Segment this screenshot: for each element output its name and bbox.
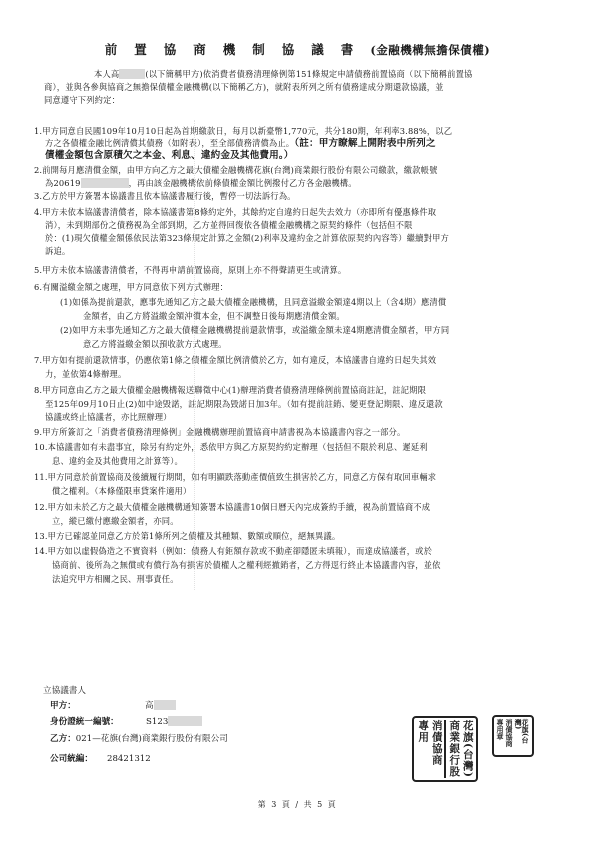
company-no-value: 28421312: [107, 754, 151, 764]
clause-number: 13.: [34, 531, 48, 541]
intro-line-3: 同意遵守下列約定：: [44, 94, 120, 106]
id-value-row: S123: [146, 716, 202, 728]
clause-note-bold: （註：甲方瞭解上開附表中所列之: [294, 138, 435, 149]
clause-9: 9.甲方所簽訂之「消費者債務清理條例」金融機構辦理前置協商申請書視為本協議書內容…: [34, 426, 405, 438]
clause-1-line-2: 方之各債權金融比例清償其債務（如附表），至全部債務清償為止。（註：甲方瞭解上開附…: [45, 137, 436, 150]
intro-text: 本人高: [94, 69, 119, 79]
party-b-value: 021—花旗(台灣)商業銀行股份有限公司: [76, 734, 228, 744]
clause-2-line-2: 為20619，再由該金融機構依前條債權金額比例撥付乙方各金融機構。: [45, 177, 357, 189]
clause-10: 10.本協議書如有未盡事宜，除另有約定外，悉依甲方與乙方原契約約定辦理（包括但不…: [34, 441, 428, 453]
clause-number: 14.: [34, 546, 48, 556]
clause-12-line-2: 立，縱已繳付應繳金額者，亦同。: [52, 515, 179, 527]
bank-seal-small: 花旗(台灣) 消債協商 專用章: [492, 715, 534, 757]
party-a-name: 高: [145, 701, 154, 711]
clause-12: 12.甲方如未於乙方之最大債權金融機構通知簽署本協議書10個日曆天內完成簽約手續…: [34, 501, 430, 513]
sub-number: (2): [60, 325, 72, 335]
seal-text: 商業銀行股: [448, 720, 459, 778]
page-number: 第 3 頁 / 共 5 頁: [0, 799, 595, 810]
seal-text: 花旗(台灣): [462, 720, 473, 778]
clause-number: 8.: [34, 385, 42, 395]
clause-number: 9.: [34, 427, 42, 437]
clause-4-line-2: 消），未到期部份之債務視為全部到期，乙方並得回復依各債權金融機構之原契約條件（包…: [45, 219, 413, 231]
clause-number: 6.: [34, 282, 42, 292]
clause-number: 3.: [34, 191, 42, 201]
clause-8-line-3: 協議或終止協議者，亦比照辦理）: [45, 411, 172, 423]
intro-line-1: 本人高(以下簡稱甲方)依消費者債務清理條例第151條規定申請債務前置協商（以下簡…: [94, 68, 473, 80]
party-a-label: 甲方：: [50, 701, 76, 711]
company-no-row: 公司統編：28421312: [50, 753, 151, 765]
clause-14-line-3: 法追究甲方相關之民、刑事責任。: [52, 573, 179, 585]
redacted-account: [81, 178, 129, 188]
clause-3: 3.乙方於甲方簽署本協議書且依本協議書履行後，暫停一切法訴行為。: [34, 190, 296, 202]
clause-text: ，再由該金融機構依前條債權金額比例撥付乙方各金融機構。: [129, 178, 357, 188]
clause-text: 本協議書如有未盡事宜，除另有約定外，悉依甲方與乙方原契約約定辦理（包括但不限於利…: [48, 442, 428, 452]
clause-6-sub-2: (2)如甲方未事先通知乙方之最大債權金融機構提前還款情事，或溢繳金額未達4期應清…: [60, 324, 449, 336]
clause-number: 5.: [34, 265, 42, 275]
title-sub: (金融機構無擔保債權): [370, 43, 490, 57]
seal-text: 專用: [417, 720, 428, 778]
clause-number: 10.: [34, 442, 48, 452]
clause-number: 12.: [34, 502, 48, 512]
intro-line-2: 商），並與各參與協商之無擔保債權金融機構(以下簡稱乙方)，就附表所列之所有債務達…: [44, 81, 444, 93]
clause-text: 甲方如未於乙方之最大債權金融機構通知簽署本協議書10個日曆天內完成簽約手續，視為…: [48, 502, 431, 512]
signatories-heading: 立協議書人: [43, 685, 86, 697]
clause-text: 前開每月應清償金額，由甲方向乙方之最大債權金融機構花旗(台灣)商業銀行股份有限公…: [42, 165, 437, 175]
clause-1-line-3: 債權金額包含原積欠之本金、利息、違約金及其他費用。）: [45, 150, 294, 162]
clause-4-line-3: 於：(1)現欠債權金額係依民法第323條規定計算之金額(2)利率及違約金之計算依…: [45, 232, 449, 244]
party-b-label: 乙方：: [50, 734, 76, 744]
redacted-id: [168, 716, 202, 726]
clause-10-line-2: 息、違約金及其他費用之計算等）。: [52, 455, 183, 467]
clause-11: 11.甲方同意於前置協商及後續履行期間，如有明顯跌落動產價值致生損害於乙方，同意…: [34, 471, 436, 483]
clause-6: 6.有關溢繳金額之處理，甲方同意依下列方式辦理：: [34, 281, 228, 293]
fold-crease: [194, 120, 195, 590]
clause-1: 1.甲方同意自民國109年10月10日起為首期繳款日，每月以新臺幣1,770元，…: [34, 125, 452, 137]
title-main: 前置協商機制協議書: [105, 42, 371, 57]
seal-text: 消債協商: [506, 719, 513, 753]
clause-13: 13.甲方已確認並同意乙方於第1條所列之債權及其種類、數額或順位，絕無異議。: [34, 530, 340, 542]
intro-text: (以下簡稱甲方)依消費者債務清理條例第151條規定申請債務前置協商（以下簡稱前置…: [145, 69, 472, 79]
seal-divider: [444, 720, 446, 778]
clause-14: 14.甲方如以虛假偽造之不實資料（例如：債務人有鉅額存款或不動產卻隱匿未填報），…: [34, 545, 432, 557]
clause-5: 5.甲方未依本協議書清償者，不得再申請前置協商，原則上亦不得聲請更生或清算。: [34, 264, 346, 276]
company-no-label: 公司統編：: [50, 754, 93, 764]
clause-text: 甲方同意由乙方之最大債權金融機構報送聯徵中心(1)辦理消費者債務清理條例前置協商…: [42, 385, 426, 395]
clause-6-sub-1-line-2: 金額者，由乙方將溢繳金額沖償本金，但不調整日後每期應清償金額。: [83, 310, 345, 322]
clause-11-line-2: 償之權利。（本條僅限車貸案件適用）: [52, 485, 191, 497]
clause-text: 有關溢繳金額之處理，甲方同意依下列方式辦理：: [42, 282, 228, 292]
clause-text: 乙方於甲方簽署本協議書且依本協議書履行後，暫停一切法訴行為。: [42, 191, 295, 201]
party-b-row: 乙方：021—花旗(台灣)商業銀行股份有限公司: [50, 733, 228, 745]
clause-text: 方之各債權金融比例清償其債務（如附表），至全部債務清償為止。: [45, 138, 294, 148]
clause-text: 甲方同意於前置協商及後續履行期間，如有明顯跌落動產價值致生損害於乙方，同意乙方保…: [48, 472, 437, 482]
clause-number: 11.: [34, 472, 48, 482]
seal-text: 消債協商: [431, 720, 442, 778]
document-page: 前置協商機制協議書(金融機構無擔保債權) 本人高(以下簡稱甲方)依消費者債務清理…: [0, 0, 595, 842]
clause-8: 8.甲方同意由乙方之最大債權金融機構報送聯徵中心(1)辦理消費者債務清理條例前置…: [34, 384, 426, 396]
clause-text: 甲方所簽訂之「消費者債務清理條例」金融機構辦理前置協商申請書視為本協議書內容之一…: [42, 427, 405, 437]
clause-number: 4.: [34, 207, 42, 217]
document-title: 前置協商機制協議書(金融機構無擔保債權): [0, 40, 595, 58]
party-a-row: 甲方：: [50, 700, 76, 712]
clause-7-line-2: 力，並依第4條辦理。: [45, 368, 126, 380]
clause-text: 如甲方未事先通知乙方之最大債權金融機構提前還款情事，或溢繳金額未達4期應清償金額…: [72, 325, 449, 335]
clause-text: 甲方未依本協議書清償者，除本協議書第8條約定外，其餘約定自違約日起失去效力（亦即…: [42, 207, 436, 217]
sub-number: (1): [60, 297, 72, 307]
clause-4-line-4: 訴追。: [45, 245, 70, 257]
clause-number: 7.: [34, 355, 42, 365]
clause-text: 甲方如以虛假偽造之不實資料（例如：債務人有鉅額存款或不動產卻隱匿未填報），而達成…: [48, 546, 432, 556]
clause-7: 7.甲方如有提前還款情事，仍應依第1條之債權金額比例清償於乙方，如有違反，本協議…: [34, 354, 436, 366]
clause-text: 如係為提前還款，應事先通知乙方之最大債權金融機構，且同意溢繳金額達4期以上（含4…: [72, 297, 446, 307]
clause-number: 1.: [34, 126, 42, 136]
bank-seal-large: 花旗(台灣) 商業銀行股 消債協商 專用: [412, 716, 478, 782]
clause-number: 2.: [34, 165, 42, 175]
clause-8-line-2: 至125年09月10日止(2)如中途毀諾，註記期限為毀諾日加3年。（如有提前註銷…: [45, 398, 443, 410]
id-value: S123: [146, 717, 168, 727]
clause-text: 甲方如有提前還款情事，仍應依第1條之債權金額比例清償於乙方，如有違反，本協議書自…: [42, 355, 436, 365]
id-label: 身份證統一編號：: [50, 717, 119, 727]
clause-6-sub-2-line-2: 意乙方將溢繳金額以預收款方式處理。: [83, 338, 227, 350]
party-a-name-row: 高: [145, 700, 176, 712]
redacted-name: [119, 69, 145, 79]
clause-14-line-2: 協商前、後所為之無償或有償行為有損害於債權人之權利經撤銷者，乙方得逕行終止本協議…: [52, 559, 441, 571]
clause-4: 4.甲方未依本協議書清償者，除本協議書第8條約定外，其餘約定自違約日起失去效力（…: [34, 206, 436, 218]
seal-text: 專用章: [497, 719, 504, 753]
clause-2: 2.前開每月應清償金額，由甲方向乙方之最大債權金融機構花旗(台灣)商業銀行股份有…: [34, 164, 438, 176]
clause-text: 甲方同意自民國109年10月10日起為首期繳款日，每月以新臺幣1,770元，共分…: [42, 126, 452, 136]
account-prefix: 為20619: [45, 178, 81, 188]
seal-text: 花旗(台灣): [515, 719, 529, 753]
id-row: 身份證統一編號：: [50, 716, 119, 728]
redacted-party-a: [154, 700, 176, 710]
clause-6-sub-1: (1)如係為提前還款，應事先通知乙方之最大債權金融機構，且同意溢繳金額達4期以上…: [60, 296, 446, 308]
